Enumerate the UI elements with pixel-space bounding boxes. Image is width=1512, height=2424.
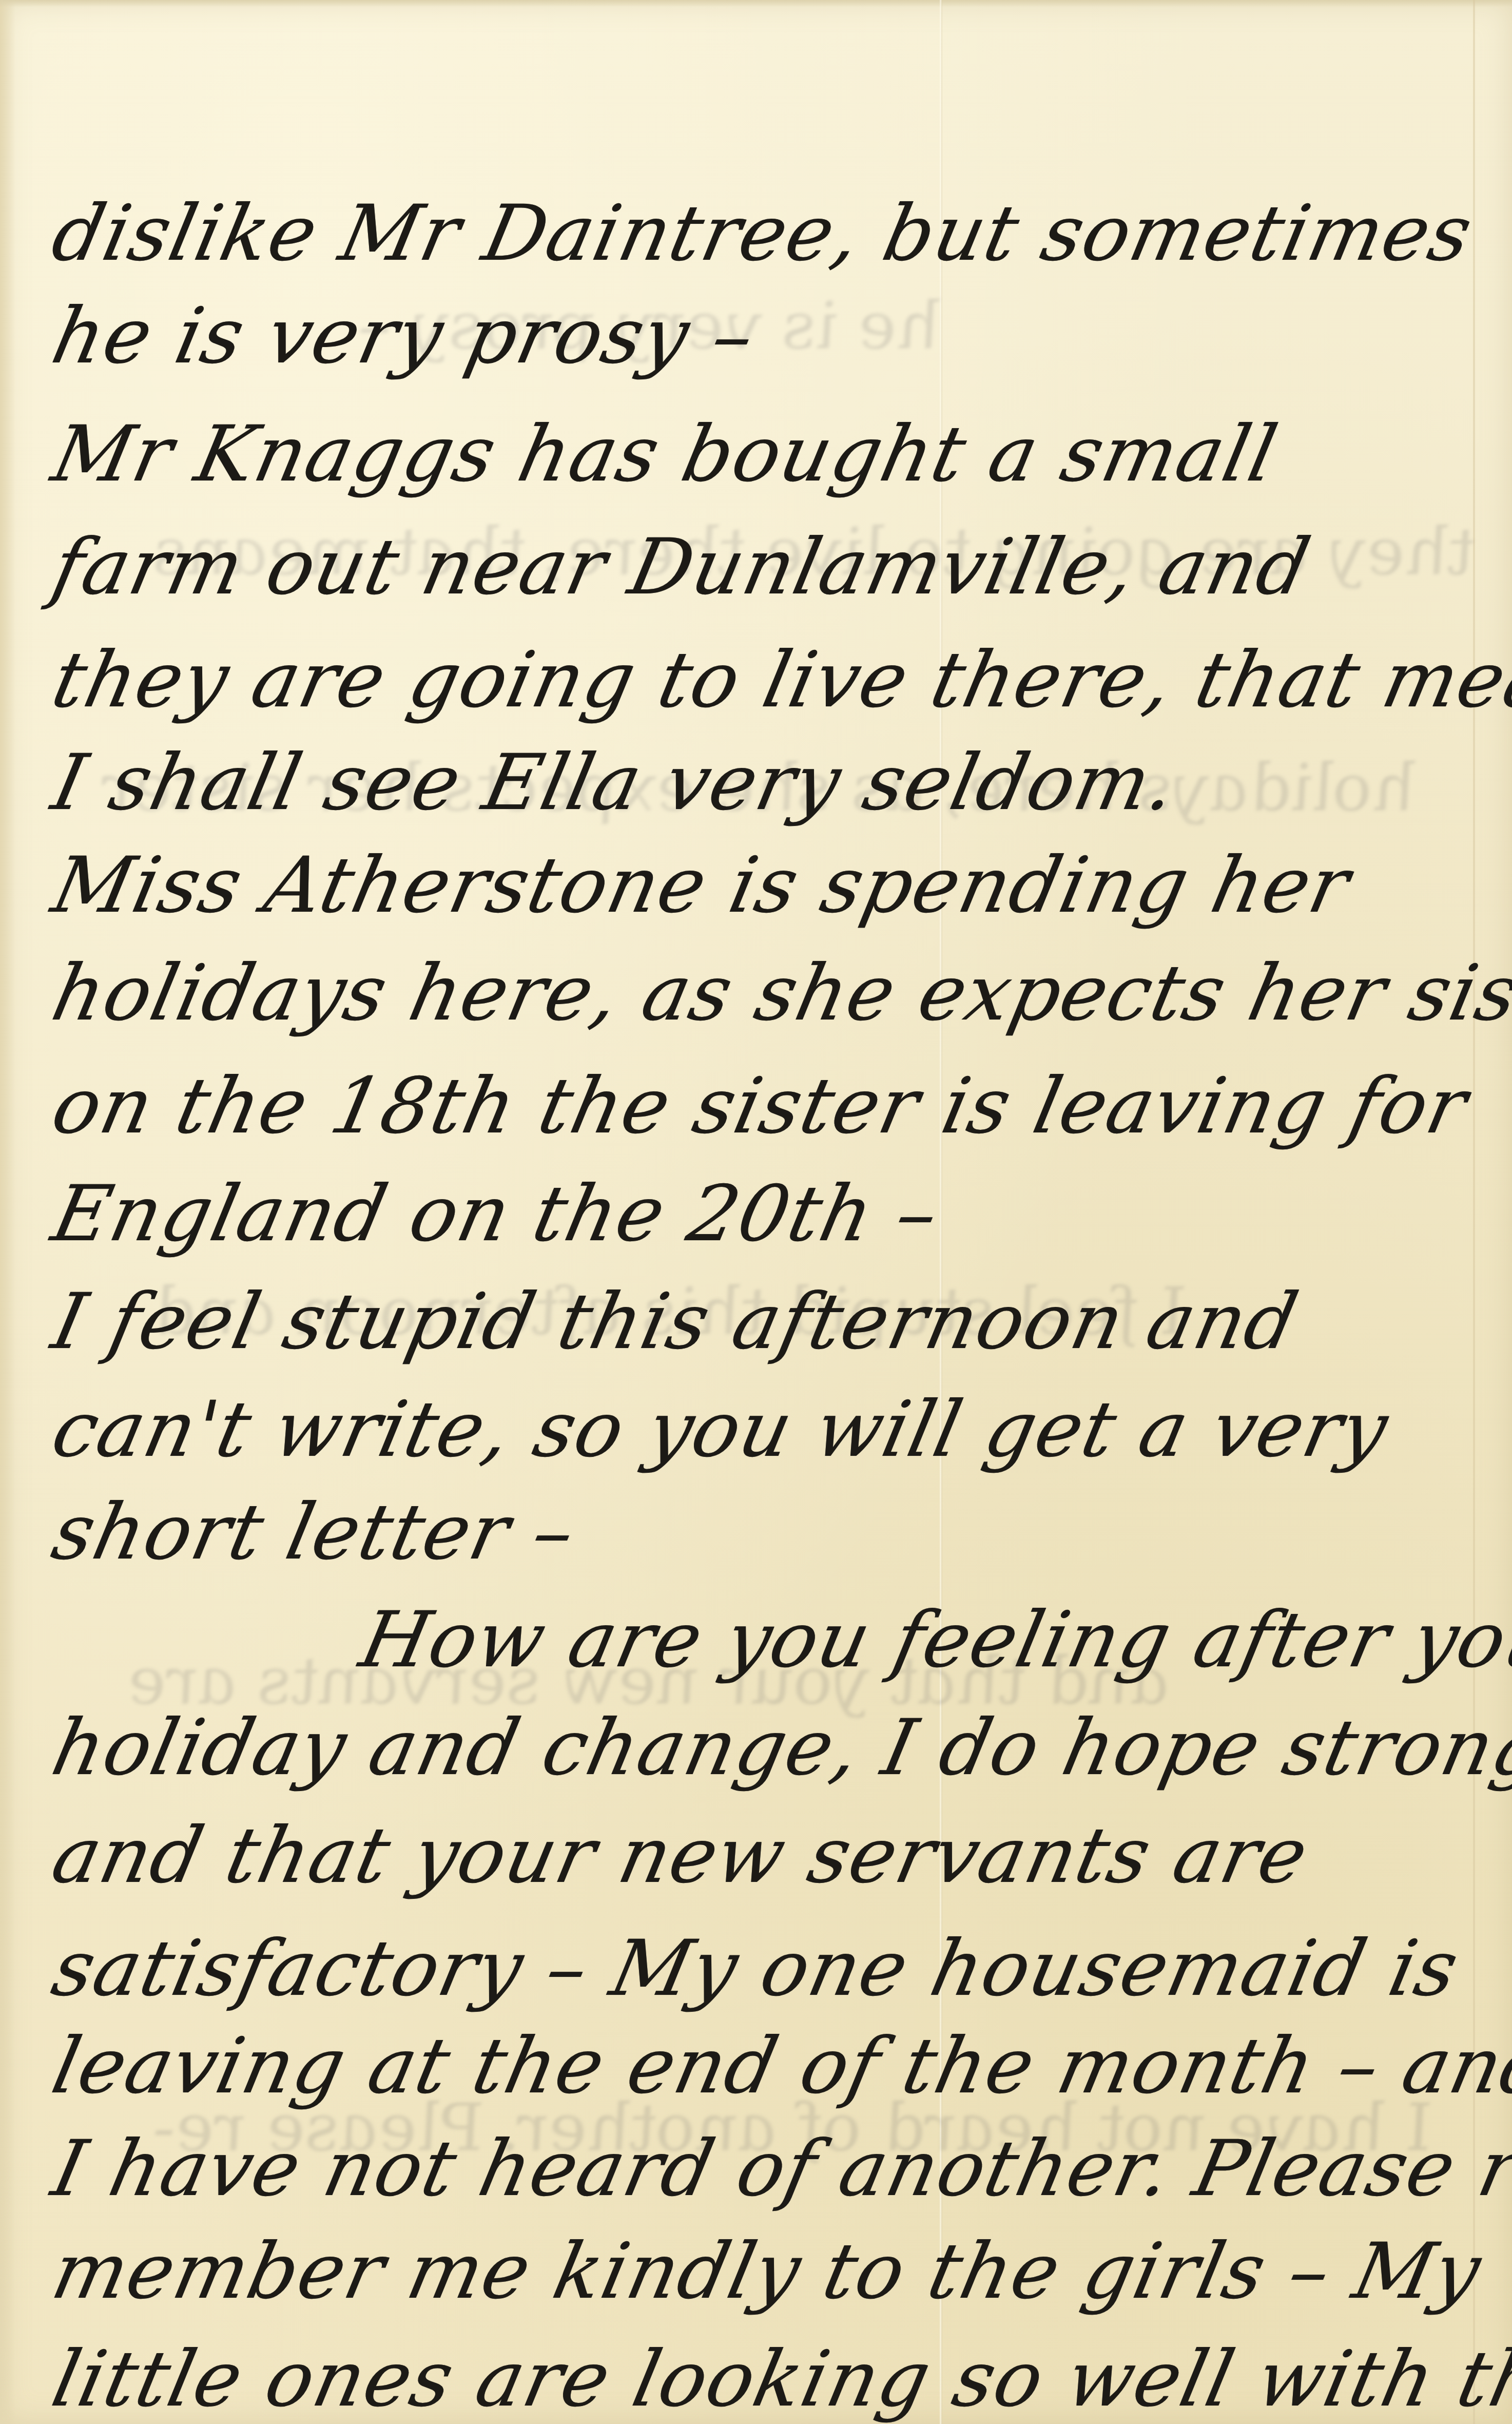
- letter-line: farm out near Dunlamville, and: [46, 529, 1316, 606]
- letter-line: I feel stupid this afternoon and: [46, 1283, 1305, 1360]
- letter-body: dislike Mr Daintree, but sometimes he is…: [0, 0, 1512, 2424]
- letter-line: dislike Mr Daintree, but sometimes: [46, 195, 1479, 272]
- letter-line: little ones are looking so well with the: [46, 2341, 1512, 2418]
- letter-line: holidays here, as she expects her sister: [46, 955, 1512, 1032]
- letter-line: Mr Knaggs has bought a small: [46, 416, 1284, 493]
- letter-line: England on the 20th –: [46, 1176, 945, 1253]
- letter-line: leaving at the end of the month – and: [46, 2028, 1512, 2105]
- letter-line: Miss Atherstone is spending her: [46, 847, 1356, 924]
- letter-line: I have not heard of another. Please re-: [46, 2130, 1512, 2207]
- letter-line: on the 18th the sister is leaving for: [46, 1068, 1474, 1145]
- letter-page: he is very prosy – they are going to liv…: [0, 0, 1512, 2424]
- letter-line: short letter –: [46, 1494, 582, 1571]
- letter-line: satisfactory – My one housemaid is: [46, 1930, 1465, 2007]
- letter-line: they are going to live there, that means: [46, 642, 1512, 719]
- letter-line: member me kindly to the girls – My: [46, 2233, 1488, 2310]
- letter-line: holiday and change, I do hope stronger: [46, 1709, 1512, 1786]
- letter-line: and that your new servants are: [46, 1817, 1314, 1894]
- letter-line: he is very prosy –: [46, 298, 762, 375]
- letter-line: can't write, so you will get a very: [46, 1391, 1395, 1468]
- letter-line: I shall see Ella very seldom.: [46, 744, 1184, 821]
- letter-line-indented: How are you feeling after your: [354, 1602, 1512, 1679]
